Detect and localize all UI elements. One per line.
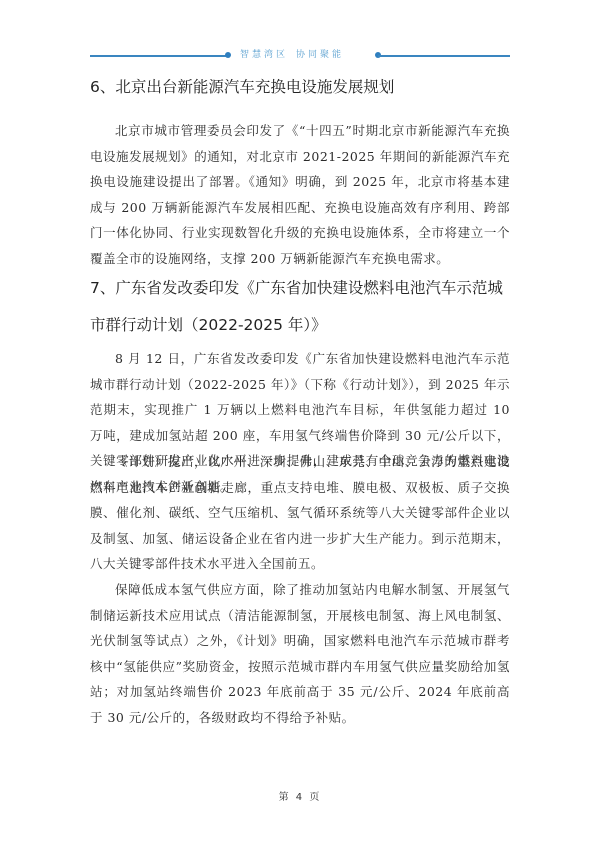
section-7-paragraph-2: 《计划》提出，以广州、深圳、佛山、东莞、中山、云浮为重点建设燃料电池汽车产业创新… [90,449,510,577]
header-divider-right [378,55,510,57]
header-slogan: 智慧湾区协同聚能 [240,49,370,61]
section-7-paragraph-3: 保障低成本氢气供应方面，除了推动加氢站内电解水制氢、开展氢气制储运新技术应用试点… [90,577,510,730]
section-6-paragraph-1: 北京市城市管理委员会印发了《“十四五”时期北京市新能源汽车充换电设施发展规划》的… [90,118,510,271]
header-slogan-right: 协同聚能 [296,50,344,60]
section-6-title: 6、北京出台新能源汽车充换电设施发展规划 [90,70,510,104]
page-number: 第 4 页 [0,788,600,803]
section-7-title: 7、广东省发改委印发《广东省加快建设燃料电池汽车示范城市群行动计划（2022-2… [90,270,510,344]
header-divider-left [90,55,226,57]
page-header: 智慧湾区协同聚能 [90,49,510,61]
header-dot-left [225,52,231,58]
header-slogan-left: 智慧湾区 [240,50,288,60]
